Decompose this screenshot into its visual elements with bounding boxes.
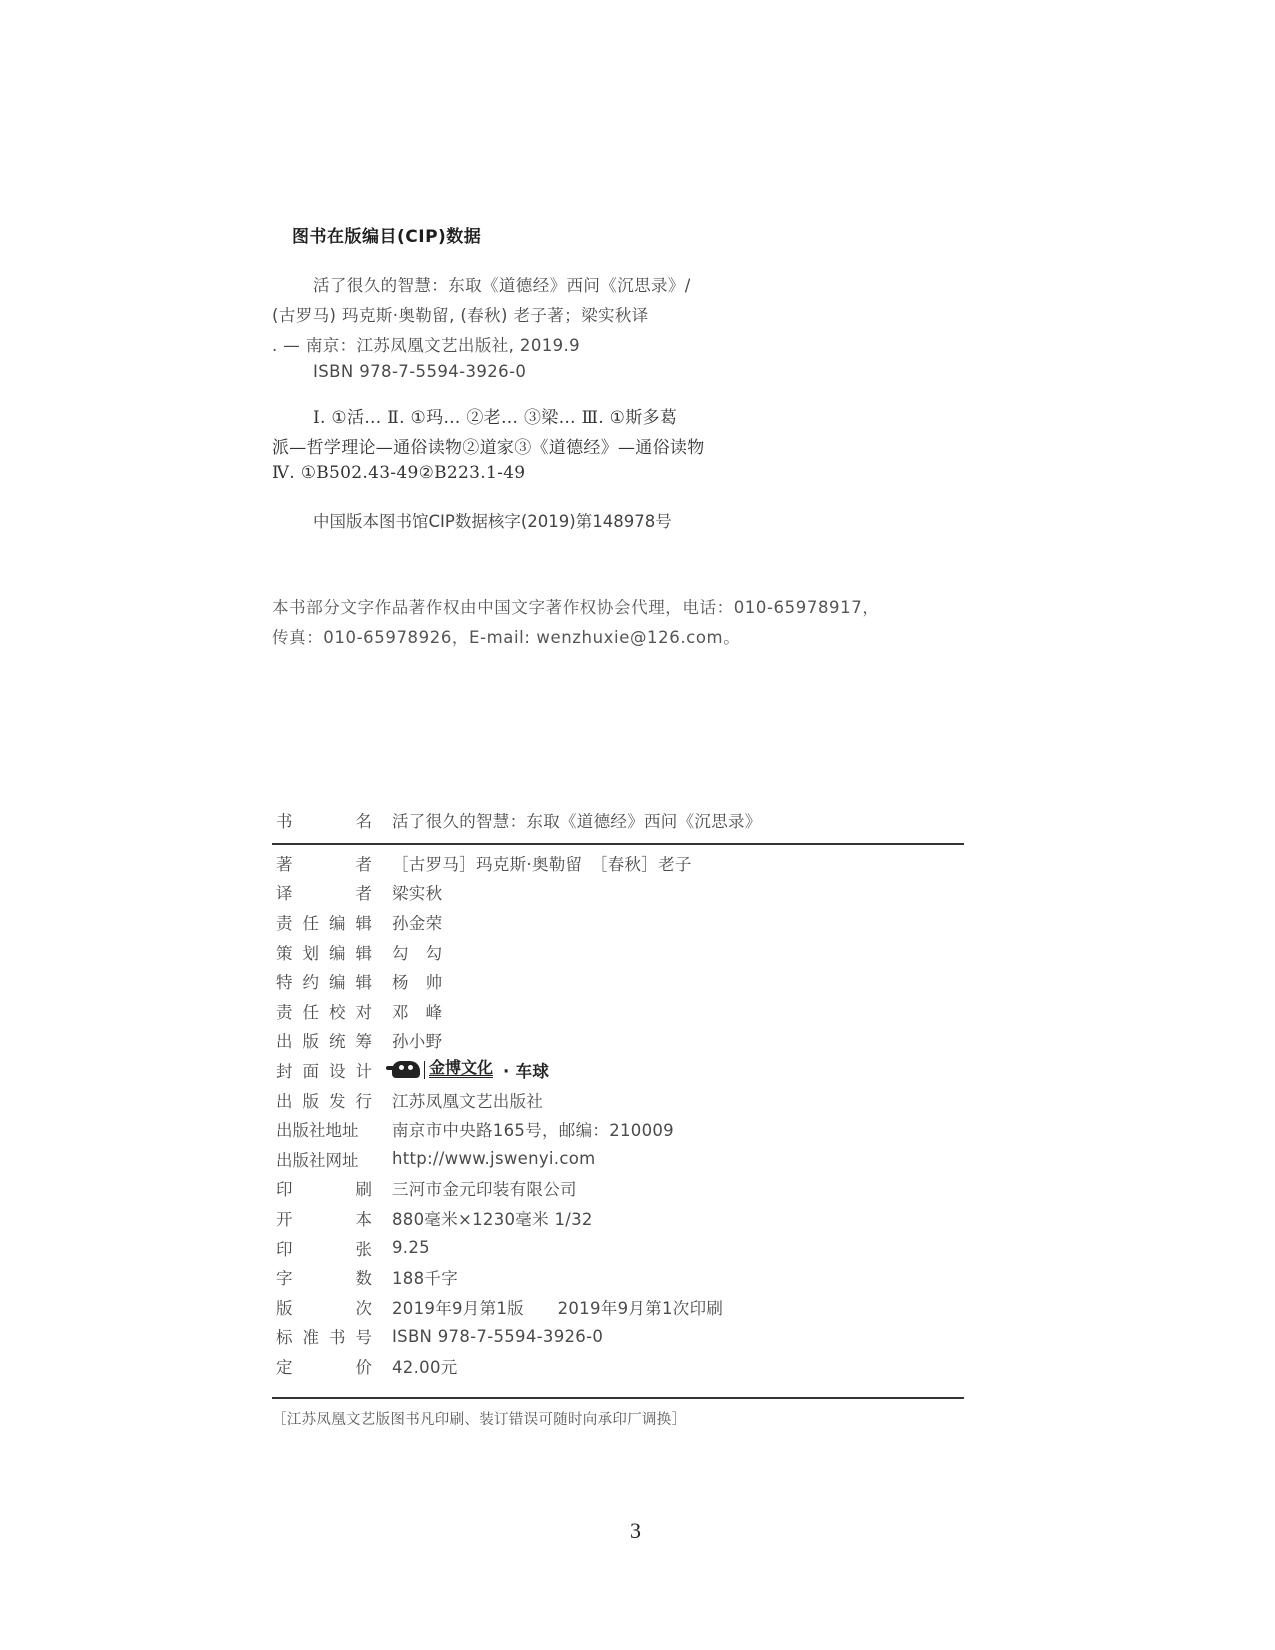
colophon-row: 书名活了很久的智慧：东取《道德经》西问《沉思录》 <box>276 806 966 834</box>
colophon-row: 标准书号ISBN 978-7-5594-3926-0 <box>276 1322 966 1352</box>
colophon-row: 责任编辑孙金荣 <box>276 907 966 937</box>
colophon-label: 印张 <box>276 1236 372 1260</box>
label-char: 筹 <box>356 1028 373 1052</box>
colophon-value: 江苏凤凰文艺出版社 <box>392 1088 543 1112</box>
colophon-row: 印刷三河市金元印装有限公司 <box>276 1174 966 1204</box>
colophon-label: 责任校对 <box>276 999 372 1023</box>
label-char: 刷 <box>356 1176 373 1200</box>
logo-suffix-text: · 车球 <box>503 1058 549 1082</box>
colophon-value: 188千字 <box>392 1265 458 1289</box>
colophon-label: 出版社网址 <box>276 1147 372 1171</box>
colophon-row: 策划编辑勾 勾 <box>276 937 966 967</box>
colophon-label: 出版社地址 <box>276 1117 372 1141</box>
label-char: 字 <box>276 1265 293 1289</box>
colophon-row: 出版社网址http://www.jswenyi.com <box>276 1144 966 1174</box>
colophon-row: 字数188千字 <box>276 1262 966 1292</box>
colophon-label: 特约编辑 <box>276 969 372 993</box>
label-char: 准 <box>303 1324 320 1348</box>
label-char: 任 <box>303 910 320 934</box>
logo-brand-text: 金博文化 <box>429 1061 493 1078</box>
label-char: 封 <box>276 1058 293 1082</box>
label-char: 本 <box>356 1206 373 1230</box>
label-char: 任 <box>303 999 320 1023</box>
colophon-row: 责任校对邓 峰 <box>276 996 966 1026</box>
colophon-label: 标准书号 <box>276 1324 372 1348</box>
colophon-label: 版次 <box>276 1295 372 1319</box>
colophon-label: 定价 <box>276 1354 372 1378</box>
label-char: 约 <box>303 969 320 993</box>
colophon-value: 金博文化· 车球 <box>392 1058 549 1083</box>
colophon-label: 出版发行 <box>276 1088 372 1112</box>
colophon-row: 译者梁实秋 <box>276 878 966 908</box>
colophon-value: 南京市中央路165号，邮编：210009 <box>392 1117 674 1141</box>
colophon-top-rule <box>272 843 964 845</box>
replacement-footnote: ［江苏凤凰文艺版图书凡印刷、装订错误可随时向承印厂调换］ <box>272 1408 686 1429</box>
cip-classification-line: Ⅰ. ①活… Ⅱ. ①玛… ②老… ③梁… Ⅲ. ①斯多葛 <box>313 403 677 428</box>
colophon-value: http://www.jswenyi.com <box>392 1149 595 1168</box>
colophon-label: 书名 <box>276 808 372 832</box>
colophon-label: 译者 <box>276 880 372 904</box>
label-char: 编 <box>329 940 346 964</box>
colophon-bottom-rule <box>272 1397 964 1399</box>
cip-classification-line: 派—哲学理论—通俗读物②道家③《道德经》—通俗读物 <box>272 433 705 458</box>
label-char: 书 <box>276 808 293 832</box>
label-char: 开 <box>276 1206 293 1230</box>
label-char: 张 <box>356 1236 373 1260</box>
label-char: 译 <box>276 880 293 904</box>
label-char: 辑 <box>356 940 373 964</box>
page-number: 3 <box>630 1518 641 1544</box>
colophon-label: 责任编辑 <box>276 910 372 934</box>
cip-isbn-line: ISBN 978-7-5594-3926-0 <box>313 362 526 381</box>
label-char: 特 <box>276 969 293 993</box>
label-char: 号 <box>356 1324 373 1348</box>
label-char: 版 <box>303 1088 320 1112</box>
colophon-value: 勾 勾 <box>392 940 442 964</box>
colophon-label: 开本 <box>276 1206 372 1230</box>
label-char: 设 <box>329 1058 346 1082</box>
label-char: 编 <box>329 969 346 993</box>
colophon-value: ［古罗马］玛克斯·奥勒留 ［春秋］老子 <box>392 851 692 875</box>
label-char: 编 <box>329 910 346 934</box>
colophon-value: 9.25 <box>392 1238 430 1257</box>
label-char: 对 <box>356 999 373 1023</box>
label-char: 版 <box>276 1295 293 1319</box>
colophon-label: 著者 <box>276 851 372 875</box>
colophon-label: 印刷 <box>276 1176 372 1200</box>
label-char: 出版社网址 <box>276 1147 359 1171</box>
cip-number: 中国版本图书馆CIP数据核字(2019)第148978号 <box>313 508 672 532</box>
cip-classification-line: Ⅳ. ①B502.43-49②B223.1-49 <box>272 463 525 483</box>
colophon-row: 著者［古罗马］玛克斯·奥勒留 ［春秋］老子 <box>276 848 966 878</box>
label-char: 标 <box>276 1324 293 1348</box>
label-char: 统 <box>329 1028 346 1052</box>
label-char: 策 <box>276 940 293 964</box>
colophon-value: 活了很久的智慧：东取《道德经》西问《沉思录》 <box>392 808 762 832</box>
copyright-notice-line: 本书部分文字作品著作权由中国文字著作权协会代理，电话：010-65978917， <box>272 594 879 618</box>
label-char: 著 <box>276 851 293 875</box>
colophon-row: 出版统筹孙小野 <box>276 1026 966 1056</box>
label-char: 出 <box>276 1028 293 1052</box>
colophon-value: 42.00元 <box>392 1354 458 1378</box>
colophon-value: 2019年9月第1版 2019年9月第1次印刷 <box>392 1295 723 1319</box>
label-char: 次 <box>356 1295 373 1319</box>
colophon-label: 策划编辑 <box>276 940 372 964</box>
elephant-logo-icon <box>392 1061 420 1078</box>
label-char: 名 <box>356 808 373 832</box>
label-char: 印 <box>276 1236 293 1260</box>
label-char: 校 <box>329 999 346 1023</box>
label-char: 责 <box>276 999 293 1023</box>
label-char: 数 <box>356 1265 373 1289</box>
colophon-value: 三河市金元印装有限公司 <box>392 1176 577 1200</box>
colophon-value: ISBN 978-7-5594-3926-0 <box>392 1327 603 1346</box>
cip-heading: 图书在版编目(CIP)数据 <box>292 222 481 247</box>
label-char: 者 <box>356 851 373 875</box>
label-char: 辑 <box>356 969 373 993</box>
label-char: 印 <box>276 1176 293 1200</box>
logo-divider <box>424 1061 425 1079</box>
colophon-row: 开本880毫米×1230毫米 1/32 <box>276 1203 966 1233</box>
colophon-label: 字数 <box>276 1265 372 1289</box>
label-char: 划 <box>303 940 320 964</box>
label-char: 行 <box>356 1088 373 1112</box>
cip-title-line: 活了很久的智慧：东取《道德经》西问《沉思录》/ <box>313 272 691 296</box>
colophon-row: 出版社地址南京市中央路165号，邮编：210009 <box>276 1114 966 1144</box>
colophon-value: 孙金荣 <box>392 910 442 934</box>
label-char: 价 <box>356 1354 373 1378</box>
label-char: 者 <box>356 880 373 904</box>
colophon-value: 孙小野 <box>392 1028 442 1052</box>
colophon-value: 邓 峰 <box>392 999 442 1023</box>
label-char: 计 <box>356 1058 373 1082</box>
colophon-label: 封面设计 <box>276 1058 372 1082</box>
cip-publisher-line: . — 南京：江苏凤凰文艺出版社, 2019.9 <box>272 332 580 356</box>
label-char: 面 <box>303 1058 320 1082</box>
label-char: 定 <box>276 1354 293 1378</box>
colophon-value: 梁实秋 <box>392 880 442 904</box>
colophon-row: 特约编辑杨 帅 <box>276 966 966 996</box>
label-char: 责 <box>276 910 293 934</box>
label-char: 出 <box>276 1088 293 1112</box>
colophon-table: 书名活了很久的智慧：东取《道德经》西问《沉思录》著者［古罗马］玛克斯·奥勒留 ［… <box>276 806 966 1381</box>
label-char: 版 <box>303 1028 320 1052</box>
colophon-value: 880毫米×1230毫米 1/32 <box>392 1206 593 1230</box>
colophon-row: 出版发行江苏凤凰文艺出版社 <box>276 1085 966 1115</box>
colophon-row: 版次2019年9月第1版 2019年9月第1次印刷 <box>276 1292 966 1322</box>
colophon-row: 印张9.25 <box>276 1233 966 1263</box>
colophon-row: 封面设计金博文化· 车球 <box>276 1055 966 1085</box>
colophon-label: 出版统筹 <box>276 1028 372 1052</box>
label-char: 辑 <box>356 910 373 934</box>
label-char: 出版社地址 <box>276 1117 359 1141</box>
cover-designer-logo: 金博文化· 车球 <box>392 1058 549 1082</box>
label-char: 发 <box>329 1088 346 1112</box>
colophon-row: 定价42.00元 <box>276 1351 966 1381</box>
cip-author-line: (古罗马) 玛克斯·奥勒留, (春秋) 老子著；梁实秋译 <box>272 302 649 326</box>
colophon-value: 杨 帅 <box>392 969 442 993</box>
label-char: 书 <box>329 1324 346 1348</box>
copyright-contact-line: 传真：010-65978926，E-mail: wenzhuxie@126.co… <box>272 624 740 648</box>
